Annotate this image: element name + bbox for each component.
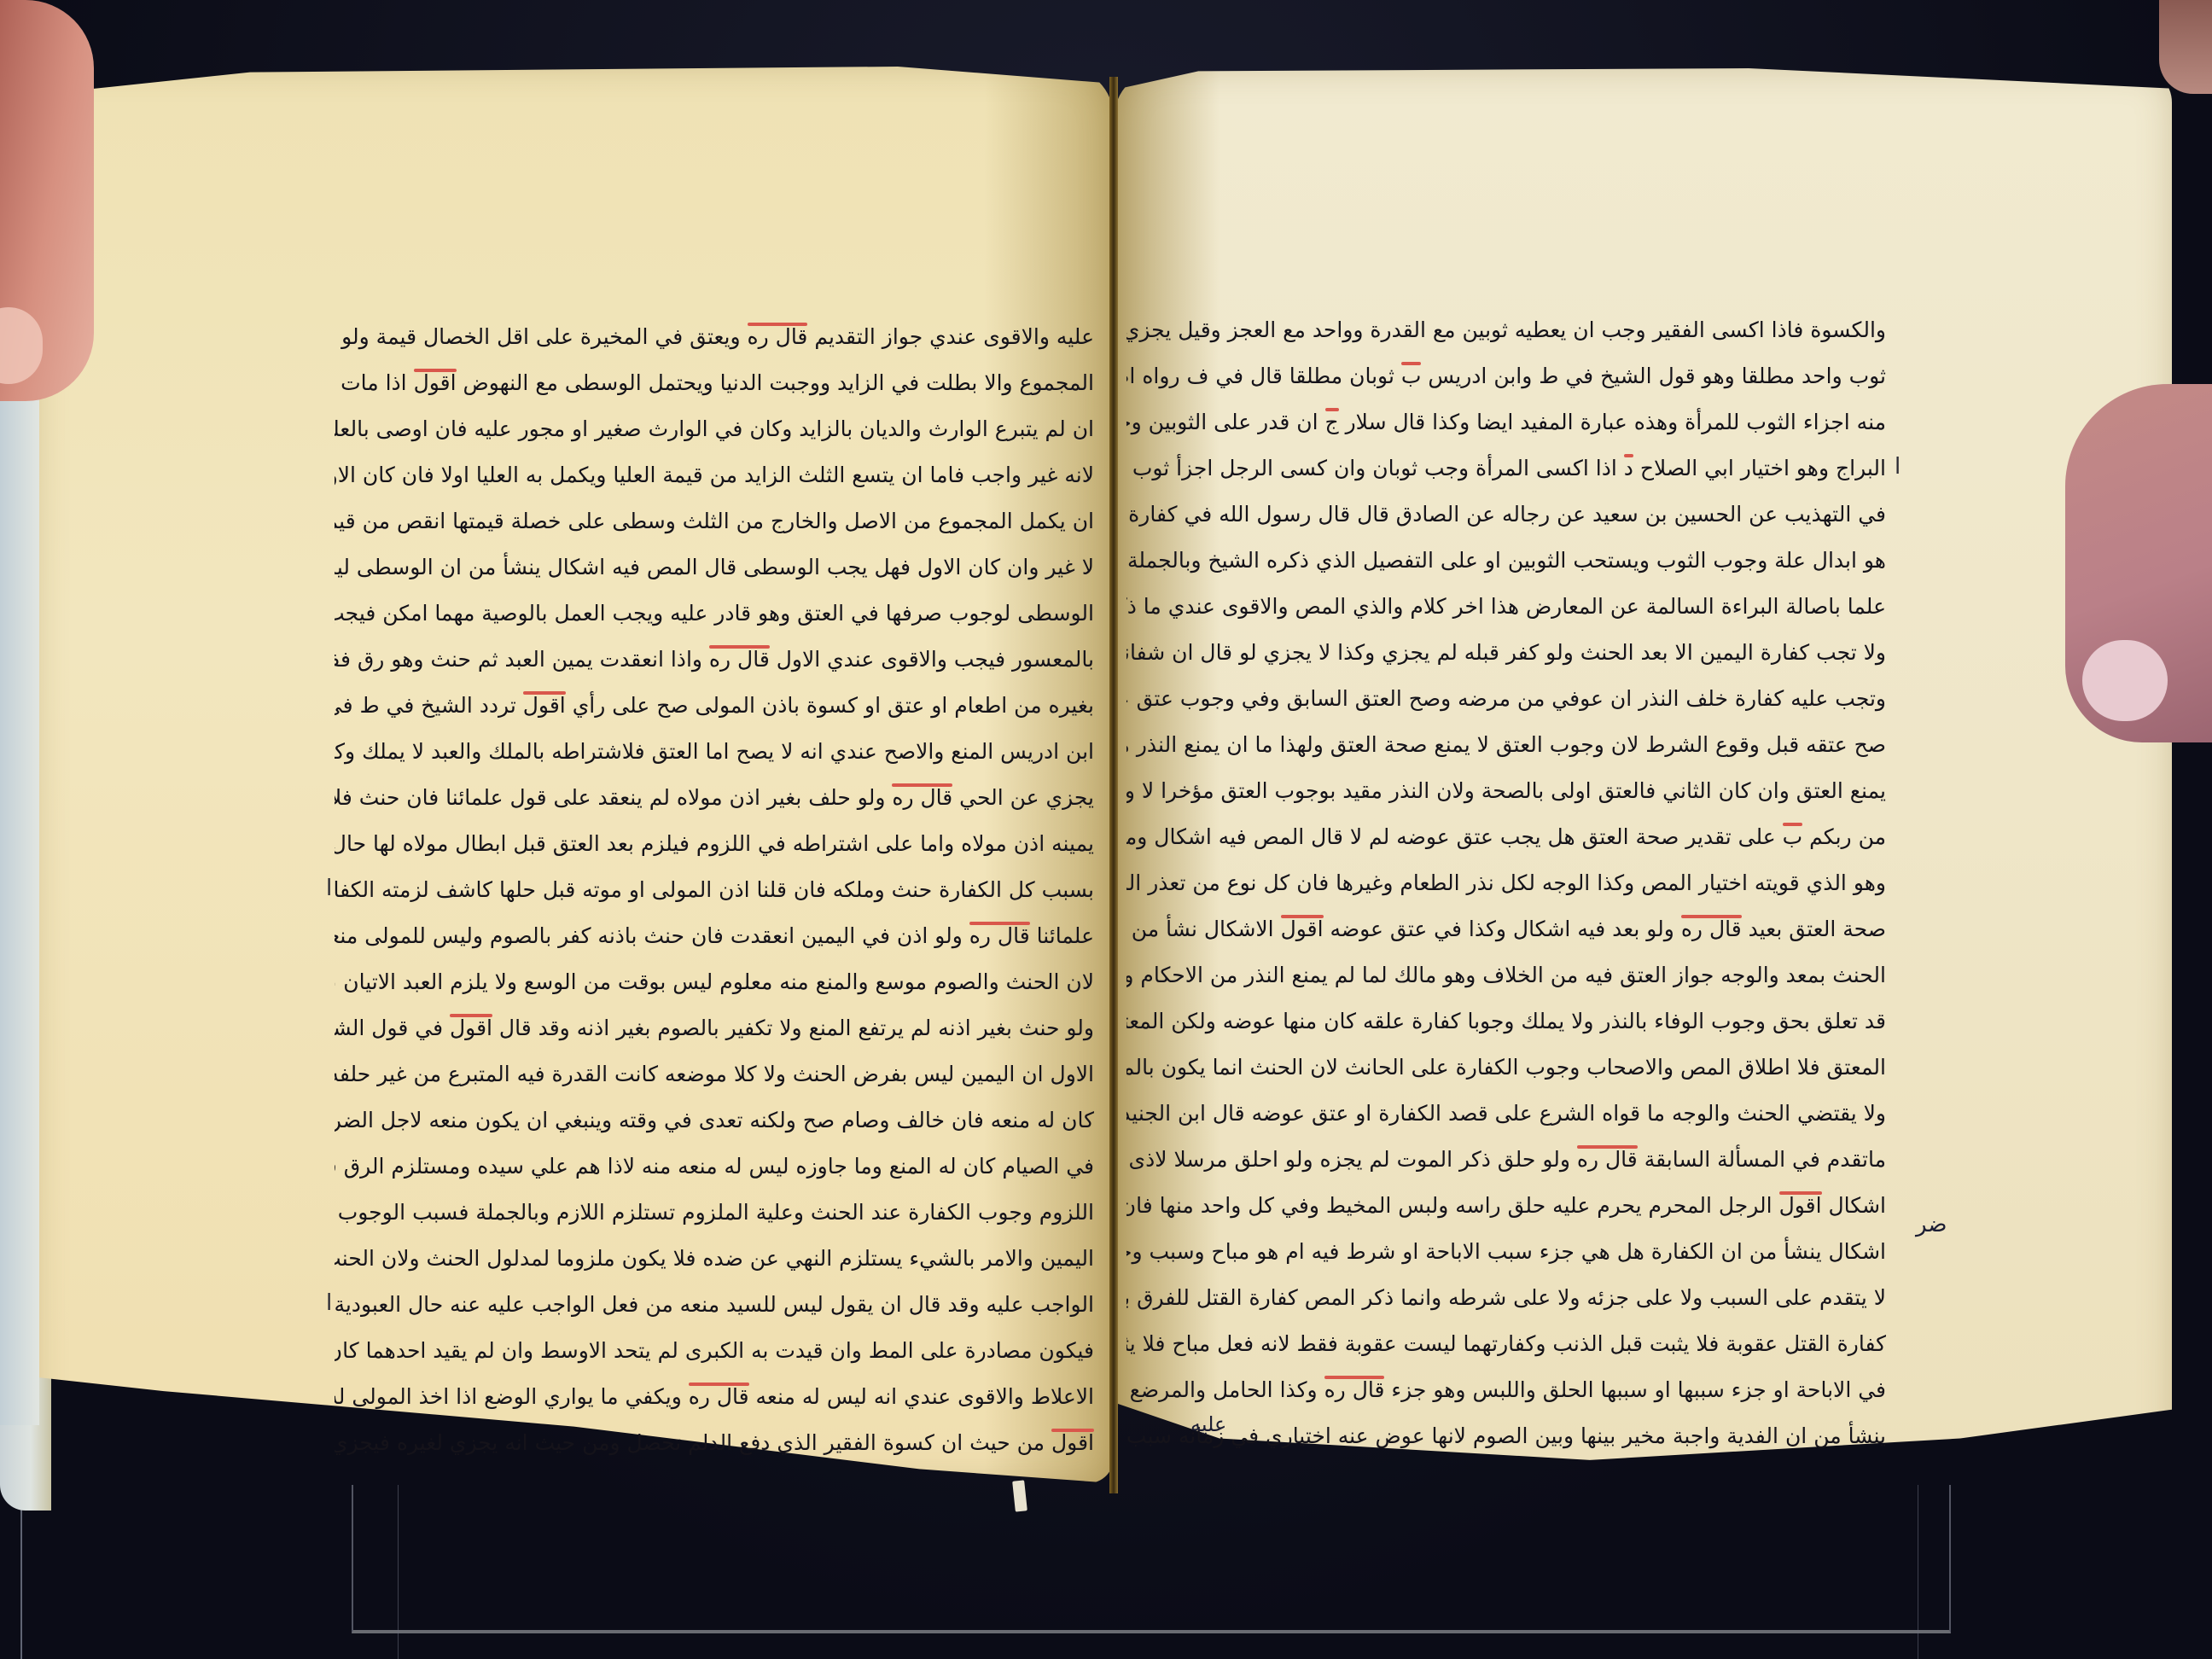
rubric-word: قال ره	[1577, 1137, 1638, 1183]
manuscript-line: لان الحنث والصوم موسع والمنع منه معلوم ل…	[335, 959, 1094, 1005]
line-text: اذا اكسى المرأة وجب ثوبان وان كسى الرجل …	[1126, 456, 1624, 480]
rubric-word: قال ره	[1324, 1367, 1385, 1413]
manuscript-line: قد تعلق بحق وجوب الوفاء بالنذر ولا يملك …	[1126, 998, 1886, 1045]
margin-tick: ا	[326, 1290, 332, 1316]
rubric-word: ج	[1325, 399, 1339, 445]
line-text: في الاباحة او جزء سببها او سببها الحلق و…	[1384, 1377, 1886, 1402]
line-text: يمينه اذن مولاه واما على اشتراطه في اللز…	[335, 831, 1094, 856]
manuscript-line: بسبب كل الكفارة حنث وملكه فان قلنا اذن ا…	[335, 867, 1094, 913]
line-text: تردد الشيخ في ط في الاجزاء وقال المص في …	[335, 693, 523, 718]
margin-tick: ا	[1895, 454, 1901, 480]
manuscript-line: علما باصالة البراءة السالمة عن المعارض ه…	[1126, 584, 1886, 630]
line-text: منه اجزاء الثوب للمرأة وهذه عبارة المفيد…	[1339, 410, 1886, 434]
manuscript-line: الحنث بمعد والوجه جواز العتق فيه من الخل…	[1126, 952, 1886, 998]
catchword: عليه	[1190, 1412, 1226, 1436]
line-text: وتجب عليه كفارة خلف النذر ان عوفي من مرض…	[1126, 686, 1886, 711]
line-text: بسبب كل الكفارة حنث وملكه فان قلنا اذن ا…	[335, 877, 1094, 902]
line-text: البراج وهو اختيار ابي الصلاح	[1633, 456, 1886, 480]
manuscript-line: بالمعسور فيجب والاقوى عندي الاول قال ره …	[335, 637, 1094, 683]
line-text: اشكال ينشأ من ان الكفارة هل هي جزء سبب ا…	[1126, 1239, 1886, 1264]
line-text: صحة العتق بعيد	[1742, 917, 1886, 941]
rubric-word: قال ره	[709, 637, 770, 683]
line-text: فيكون مصادرة على المط وان قيدت به الكبرى…	[335, 1338, 1094, 1363]
manuscript-line: الاعلاط والاقوى عندي انه ليس له منعه قال…	[335, 1374, 1094, 1420]
line-text: الواجب عليه وقد قال ان يقول ليس للسيد من…	[335, 1292, 1094, 1317]
line-text: ثوب واحد مطلقا وهو قول الشيخ في ط وابن ا…	[1421, 364, 1886, 388]
manuscript-line: في التهذيب عن الحسين بن سعيد عن رجاله عن…	[1126, 492, 1886, 538]
line-text: في التهذيب عن الحسين بن سعيد عن رجاله عن…	[1126, 502, 1886, 527]
rubric-word: اقول	[1281, 906, 1324, 952]
line-text: من حيث ان كسوة الفقير الذي دفع الدلم تحص…	[335, 1430, 1051, 1455]
line-text: ولا تجب كفارة اليمين الا بعد الحنث ولو ك…	[1126, 640, 1886, 665]
manuscript-line: صحة العتق بعيد قال ره ولو بعد فيه اشكال …	[1126, 906, 1886, 952]
line-text: على تقدير صحة العتق هل يجب عتق عوضه لم ل…	[1126, 824, 1783, 849]
rubric-word: قال ره	[748, 314, 808, 360]
line-text: اللزوم وجوب الكفارة عند الحنث وعلية المل…	[335, 1200, 1094, 1225]
manuscript-line: اللزوم وجوب الكفارة عند الحنث وعلية المل…	[335, 1190, 1094, 1236]
line-text: ويكفي ما يواري الوضع اذا اخذ المولى له ف…	[335, 1384, 689, 1409]
manuscript-line: لا غير وان كان الاول فهل يجب الوسطى قال …	[335, 544, 1094, 591]
line-text: ينشأ من ان الفدية واجبة مخير بينها وبين …	[1126, 1423, 1886, 1448]
book-gutter	[1109, 77, 1118, 1493]
manuscript-line: اقول من حيث ان كسوة الفقير الذي دفع الدل…	[335, 1420, 1094, 1466]
line-text: كفارة القتل عقوبة فلا يثبت قبل الذنب وكف…	[1126, 1331, 1886, 1356]
line-text: الاعلاط والاقوى عندي انه ليس له منعه	[749, 1384, 1094, 1409]
line-text: صح عتقه قبل وقوع الشرط لان وجوب العتق لا…	[1126, 732, 1886, 757]
manuscript-line: هو ابدال علة وجوب الثوب ويستحب الثوبين ا…	[1126, 538, 1886, 584]
line-text: اليمين والامر بالشيء يستلزم النهي عن ضده…	[335, 1246, 1094, 1271]
manuscript-line: في الصيام كان له المنع وما جاوزه ليس له …	[335, 1144, 1094, 1190]
manuscript-line: عليه والاقوى عندي جواز التقديم قال ره وي…	[335, 314, 1094, 360]
line-text: واذا انعقدت يمين العبد ثم حنث وهو رق ففر…	[335, 647, 709, 672]
thumbnail-left	[0, 307, 43, 384]
manuscript-line: منه اجزاء الثوب للمرأة وهذه عبارة المفيد…	[1126, 399, 1886, 445]
line-text: ان قدر على الثوبين وجبا والا فثوب واحد و…	[1126, 410, 1325, 434]
line-text: ولا يقتضي الحنث والوجه ما قواه الشرع على…	[1126, 1101, 1886, 1126]
line-text: والكسوة فاذا اكسى الفقير وجب ان يعطيه ثو…	[1126, 317, 1886, 342]
line-text: في قول الشيخ وظ كلام الشيخ	[335, 1016, 450, 1040]
manuscript-line: والكسوة فاذا اكسى الفقير وجب ان يعطيه ثو…	[1126, 307, 1886, 353]
line-text: علمائنا	[1030, 923, 1094, 948]
left-page-text: عليه والاقوى عندي جواز التقديم قال ره وي…	[335, 314, 1094, 1466]
line-text: في الصيام كان له المنع وما جاوزه ليس له …	[335, 1154, 1094, 1179]
line-text: ابن ادريس المنع والاصح عندي انه لا يصح ا…	[335, 739, 1094, 764]
manuscript-line: بغيره من اطعام او عتق او كسوة باذن المول…	[335, 683, 1094, 729]
manuscript-line: يمنع العتق وان كان الثاني فالعتق اولى با…	[1126, 768, 1886, 814]
line-text: علما باصالة البراءة السالمة عن المعارض ه…	[1126, 594, 1886, 619]
rubric-word: اقول	[450, 1005, 492, 1051]
line-text: ان لم يتبرع الوارث والديان بالزايد وكان …	[335, 416, 1094, 441]
rubric-word: قال ره	[969, 913, 1030, 959]
line-text: يجزي عن الحي	[952, 785, 1094, 810]
manuscript-line: المعتق فلا اطلاق المص والاصحاب وجوب الكف…	[1126, 1045, 1886, 1091]
manuscript-line: علمائنا قال ره ولو اذن في اليمين انعقدت …	[335, 913, 1094, 959]
rubric-word: ب	[1783, 814, 1803, 860]
manuscript-line: الاول ان اليمين ليس بفرض الحنث ولا كلا م…	[335, 1051, 1094, 1097]
line-text: من ربكم	[1802, 824, 1886, 849]
manuscript-line: في الاباحة او جزء سببها او سببها الحلق و…	[1126, 1367, 1886, 1413]
book-stand-inner-outline	[398, 1485, 1918, 1659]
rubric-word: اقول	[414, 360, 457, 406]
line-text: كان له منعه فان خالف وصام صح ولكنه تعدى …	[335, 1108, 1094, 1132]
rubric-word: اقول	[1051, 1420, 1094, 1466]
manuscript-line: كفارة القتل عقوبة فلا يثبت قبل الذنب وكف…	[1126, 1321, 1886, 1367]
manuscript-line: ثوب واحد مطلقا وهو قول الشيخ في ط وابن ا…	[1126, 353, 1886, 399]
line-text: ولو اذن في اليمين انعقدت فان حنث باذنه ك…	[335, 923, 969, 948]
manuscript-line: فيكون مصادرة على المط وان قيدت به الكبرى…	[335, 1328, 1094, 1374]
thumbnail-right	[2082, 640, 2168, 721]
line-text: اشكال	[1822, 1193, 1886, 1218]
line-text: ويعتق في المخيرة على اقل الخصال قيمة ولو…	[335, 324, 748, 349]
manuscript-line: لانه غير واجب فاما ان يتسع الثلث الزايد …	[335, 452, 1094, 498]
rubric-word: قال ره	[892, 775, 952, 821]
rubric-word: د	[1624, 445, 1633, 492]
line-text: ثوبان مطلقا قال في ف رواه اصحابنا وقال ا…	[1126, 364, 1401, 388]
line-text: لان الحنث والصوم موسع والمنع منه معلوم ل…	[335, 969, 1094, 994]
line-text: عليه والاقوى عندي جواز التقديم	[807, 324, 1094, 349]
line-text: ان يكمل المجموع من الاصل والخارج من الثل…	[335, 509, 1094, 533]
left-hand-thumb	[0, 0, 94, 401]
manuscript-line: وهو الذي قويته اختيار المص وكذا الوجه لك…	[1126, 860, 1886, 906]
manuscript-line: صح عتقه قبل وقوع الشرط لان وجوب العتق لا…	[1126, 722, 1886, 768]
manuscript-line: اشكال اقول الرجل المحرم يحرم عليه حلق را…	[1126, 1183, 1886, 1229]
manuscript-line: وتجب عليه كفارة خلف النذر ان عوفي من مرض…	[1126, 676, 1886, 722]
manuscript-line: البراج وهو اختيار ابي الصلاح د اذا اكسى …	[1126, 445, 1886, 492]
right-hand-thumb	[2065, 384, 2212, 742]
right-page-text: والكسوة فاذا اكسى الفقير وجب ان يعطيه ثو…	[1126, 307, 1886, 1459]
line-text: ولو حنث بغير اذنه لم يرتفع المنع ولا تكف…	[492, 1016, 1094, 1040]
manuscript-line: ابن ادريس المنع والاصح عندي انه لا يصح ا…	[335, 729, 1094, 775]
manuscript-line: ان لم يتبرع الوارث والديان بالزايد وكان …	[335, 406, 1094, 452]
line-text: اذا مات من عليه كفارة مخيرة اخرج من تركت…	[335, 370, 414, 395]
rubric-word: اقول	[1779, 1183, 1822, 1229]
manuscript-line: ولو حنث بغير اذنه لم يرتفع المنع ولا تكف…	[335, 1005, 1094, 1051]
line-text: لا غير وان كان الاول فهل يجب الوسطى قال …	[335, 555, 1094, 579]
line-text: وهو الذي قويته اختيار المص وكذا الوجه لك…	[1126, 870, 1886, 895]
line-text: ماتقدم في المسألة السابقة	[1638, 1147, 1886, 1172]
left-page-stack-edge	[0, 375, 39, 1425]
line-text: الرجل المحرم يحرم عليه حلق راسه ولبس الم…	[1126, 1193, 1779, 1218]
margin-tick: ا	[326, 876, 332, 901]
line-text: المجموع والا بطلت في الزايد ووجبت الدنيا…	[457, 370, 1094, 395]
rubric-word: قال ره	[689, 1374, 749, 1420]
manuscript-line: يجزي عن الحي قال ره ولو حلف بغير اذن مول…	[335, 775, 1094, 821]
line-text: لا يتقدم على السبب ولا على جزئه ولا على …	[1126, 1285, 1886, 1310]
manuscript-line: من ربكم ب على تقدير صحة العتق هل يجب عتق…	[1126, 814, 1886, 860]
manuscript-line: الواجب عليه وقد قال ان يقول ليس للسيد من…	[335, 1282, 1094, 1328]
rubric-word: قال ره	[1681, 906, 1742, 952]
manuscript-line: ماتقدم في المسألة السابقة قال ره ولو حلق…	[1126, 1137, 1886, 1183]
manuscript-line: اليمين والامر بالشيء يستلزم النهي عن ضده…	[335, 1236, 1094, 1282]
line-text: الحنث بمعد والوجه جواز العتق فيه من الخل…	[1126, 963, 1886, 987]
line-text: ولو حلف بغير اذن مولاه لم ينعقد على قول …	[335, 785, 892, 810]
line-text: الوسطى لوجوب صرفها في العتق وهو قادر علي…	[335, 601, 1094, 626]
manuscript-line: اشكال ينشأ من ان الكفارة هل هي جزء سبب ا…	[1126, 1229, 1886, 1275]
line-text: المعتق فلا اطلاق المص والاصحاب وجوب الكف…	[1126, 1055, 1886, 1080]
manuscript-line: المجموع والا بطلت في الزايد ووجبت الدنيا…	[335, 360, 1094, 406]
line-text: لانه غير واجب فاما ان يتسع الثلث الزايد …	[335, 463, 1094, 487]
line-text: هو ابدال علة وجوب الثوب ويستحب الثوبين ا…	[1126, 548, 1886, 573]
rubric-word: اقول	[523, 683, 566, 729]
right-hand-fingers	[2159, 0, 2212, 94]
line-text: بغيره من اطعام او عتق او كسوة باذن المول…	[566, 693, 1094, 718]
manuscript-line: لا يتقدم على السبب ولا على جزئه ولا على …	[1126, 1275, 1886, 1321]
manuscript-line: ان يكمل المجموع من الاصل والخارج من الثل…	[335, 498, 1094, 544]
line-text: يمنع العتق وان كان الثاني فالعتق اولى با…	[1126, 778, 1886, 803]
line-text: قد تعلق بحق وجوب الوفاء بالنذر ولا يملك …	[1126, 1009, 1886, 1033]
line-text: الاشكال نشأ من ان صحة العتق بعد وقوع الش…	[1126, 917, 1281, 941]
manuscript-line: يمينه اذن مولاه واما على اشتراطه في اللز…	[335, 821, 1094, 867]
line-text: الاول ان اليمين ليس بفرض الحنث ولا كلا م…	[335, 1062, 1094, 1086]
right-margin-note: ضر	[1916, 1212, 1947, 1237]
rubric-word: ب	[1401, 353, 1422, 399]
manuscript-line: الوسطى لوجوب صرفها في العتق وهو قادر علي…	[335, 591, 1094, 637]
manuscript-line: كان له منعه فان خالف وصام صح ولكنه تعدى …	[335, 1097, 1094, 1144]
manuscript-line: ينشأ من ان الفدية واجبة مخير بينها وبين …	[1126, 1413, 1886, 1459]
line-text: ولو بعد فيه اشكال وكذا في عتق عوضه	[1324, 917, 1681, 941]
line-text: ولو حلق ذكر الموت لم يجزه ولو احلق مرسلا…	[1126, 1147, 1577, 1172]
line-text: بالمعسور فيجب والاقوى عندي الاول	[770, 647, 1094, 672]
manuscript-line: ولا تجب كفارة اليمين الا بعد الحنث ولو ك…	[1126, 630, 1886, 676]
manuscript-line: ولا يقتضي الحنث والوجه ما قواه الشرع على…	[1126, 1091, 1886, 1137]
line-text: وكذا الحامل والمرضع لو عزمتا على الافطار…	[1126, 1377, 1324, 1402]
